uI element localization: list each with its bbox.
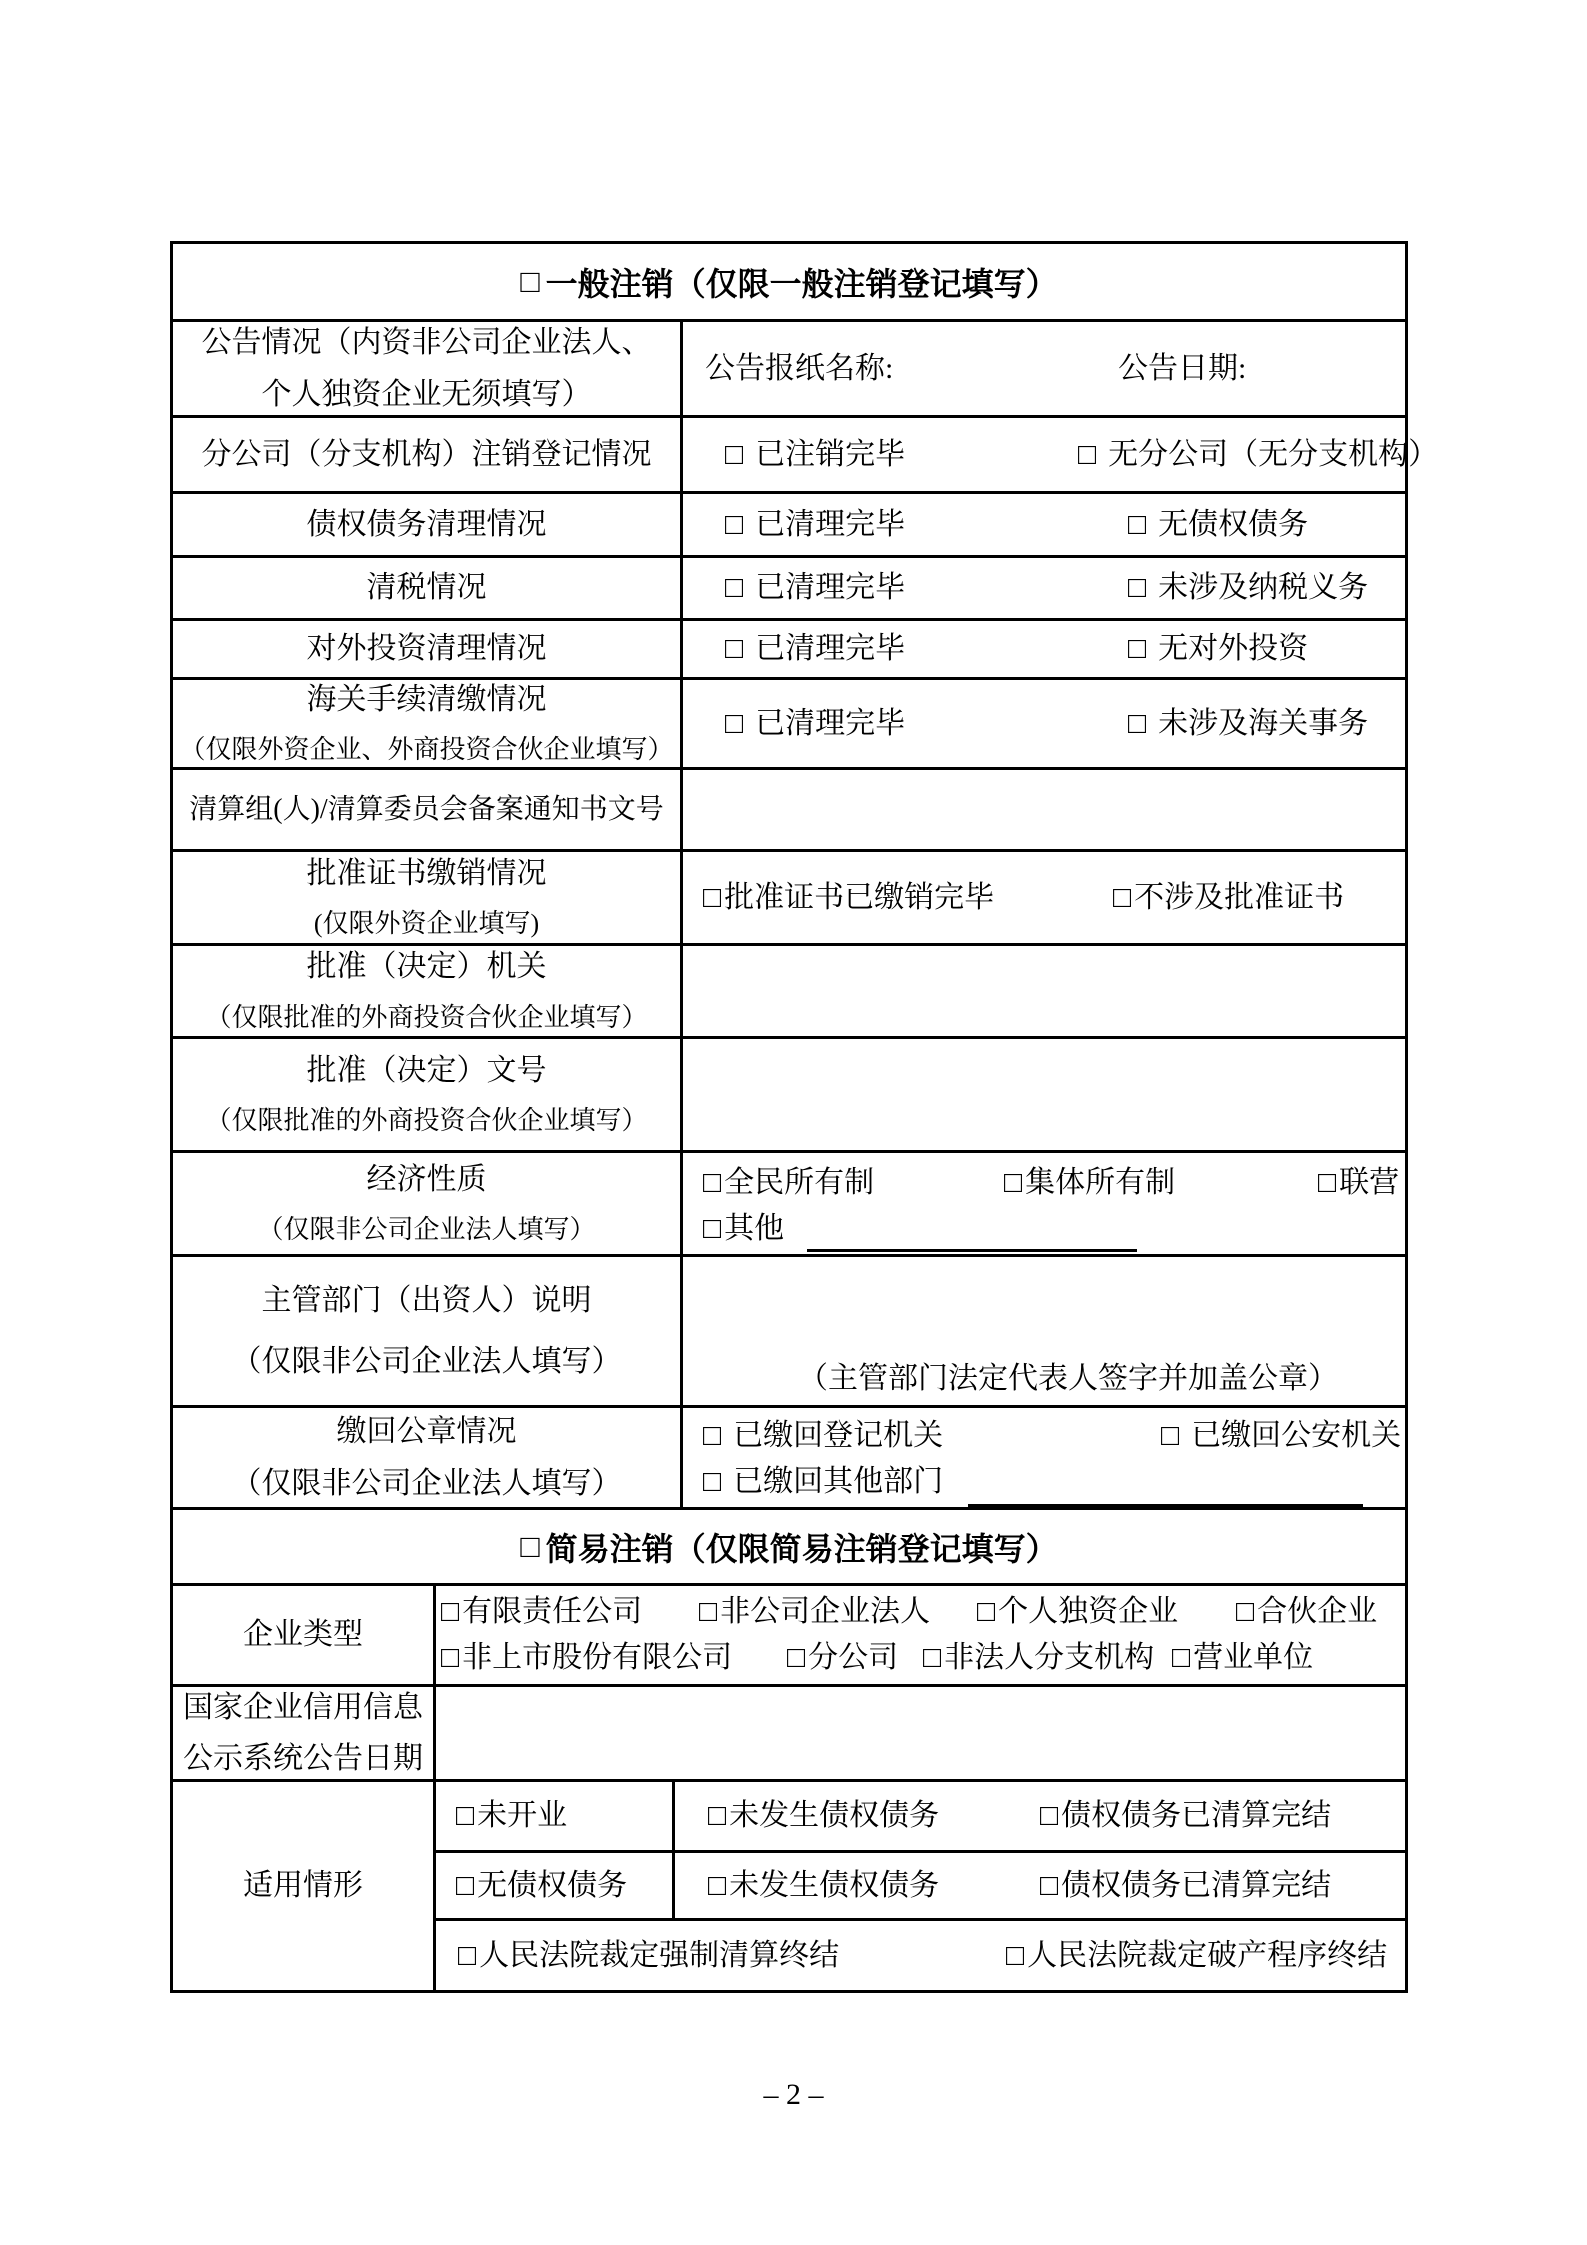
tax-cleared-option: □已清理完毕 — [725, 570, 905, 606]
tax-clearance-row: 清税情况 □已清理完毕 □未涉及纳税义务 — [173, 555, 1405, 618]
publicity-date-row: 国家企业信用信息 公示系统公告日期 — [173, 1684, 1405, 1779]
collective-owned-option: □集体所有制 — [1004, 1165, 1175, 1201]
branch-done-label: 已注销完毕 — [755, 438, 905, 471]
applicable-circumstances-row: 适用情形 □未开业 □未发生债权债务 □债权债务已清算完结 □无债权债务 □未发… — [173, 1779, 1405, 1990]
seal-returned-registry-label: 已缴回登记机关 — [733, 1419, 943, 1452]
joint-operation-label: 联营 — [1339, 1166, 1399, 1199]
unlisted-jsc-option: □非上市股份有限公司 — [441, 1640, 732, 1676]
deregistration-form-table: □ 一般注销（仅限一般注销登记填写） 公告情况（内资非公司企业法人、 个人独资企… — [170, 241, 1408, 1993]
business-unit-option: □营业单位 — [1172, 1640, 1313, 1676]
seal-returned-other-label: 已缴回其他部门 — [733, 1465, 943, 1498]
approval-number-label-line2: （仅限批准的外商投资合伙企业填写） — [205, 1105, 647, 1138]
outbound-investment-label-text: 对外投资清理情况 — [307, 630, 547, 668]
announcement-date-field-label[interactable]: 公告日期: — [1118, 351, 1246, 387]
court-liquidation-checkbox-icon[interactable]: □ — [458, 1938, 476, 1974]
outbound-investment-row: 对外投资清理情况 □已清理完毕 □无对外投资 — [173, 618, 1405, 677]
enterprise-type-label-text: 企业类型 — [243, 1616, 363, 1654]
approval-certificate-label-line1: 批准证书缴销情况 — [307, 855, 547, 893]
no-investment-label: 无对外投资 — [1158, 632, 1308, 665]
applicable-subrow-2-cell-1: □无债权债务 — [436, 1853, 675, 1918]
debt-settled-checkbox-icon-1[interactable]: □ — [1040, 1798, 1058, 1834]
supervisor-statement-row: 主管部门（出资人）说明 （仅限非公司企业法人填写） （主管部门法定代表人签字并加… — [173, 1254, 1405, 1405]
seal-returned-registry-option: □已缴回登记机关 — [703, 1418, 943, 1454]
customs-clearance-label-line2: （仅限外资企业、外商投资合伙企业填写） — [179, 734, 673, 767]
other-nature-option: □其他 — [703, 1211, 784, 1247]
approval-authority-input-area[interactable] — [683, 946, 1405, 1036]
state-owned-option: □全民所有制 — [703, 1165, 874, 1201]
partnership-label: 合伙企业 — [1257, 1595, 1377, 1628]
debt-settlement-row: 债权债务清理情况 □已清理完毕 □无债权债务 — [173, 491, 1405, 555]
branch-deregistration-label: 分公司（分支机构）注销登记情况 — [173, 418, 683, 491]
tax-clearance-label: 清税情况 — [173, 558, 683, 618]
liquidation-notice-label: 清算组(人)/清算委员会备案通知书文号 — [173, 770, 683, 849]
economic-nature-label-line2: （仅限非公司企业法人填写） — [257, 1214, 595, 1247]
economic-nature-row: 经济性质 （仅限非公司企业法人填写） □全民所有制 □集体所有制 □联营 □其他 — [173, 1150, 1405, 1254]
branch-company-checkbox-icon[interactable]: □ — [787, 1640, 805, 1676]
customs-clearance-content: □已清理完毕 □未涉及海关事务 — [683, 680, 1405, 767]
customs-cleared-label: 已清理完毕 — [755, 707, 905, 740]
llc-checkbox-icon[interactable]: □ — [441, 1594, 459, 1630]
no-customs-label: 未涉及海关事务 — [1158, 707, 1368, 740]
collective-owned-label: 集体所有制 — [1025, 1166, 1175, 1199]
investment-cleared-checkbox-icon[interactable]: □ — [725, 631, 743, 667]
approval-certificate-content: □批准证书已缴销完毕 □不涉及批准证书 — [683, 852, 1405, 943]
other-nature-checkbox-icon[interactable]: □ — [703, 1211, 721, 1247]
customs-cleared-option: □已清理完毕 — [725, 706, 905, 742]
no-branch-checkbox-icon[interactable]: □ — [1078, 437, 1096, 473]
no-tax-obligation-label: 未涉及纳税义务 — [1158, 571, 1368, 604]
non-company-legal-person-label: 非公司企业法人 — [720, 1595, 930, 1628]
llc-label: 有限责任公司 — [462, 1595, 642, 1628]
no-debt-incurred-label-1: 未发生债权债务 — [729, 1799, 939, 1832]
newspaper-name-field-label[interactable]: 公告报纸名称: — [705, 351, 893, 387]
applicable-subrow-3: □人民法院裁定强制清算终结 □人民法院裁定破产程序终结 — [436, 1918, 1405, 1990]
certificate-cancelled-option: □批准证书已缴销完毕 — [703, 880, 994, 916]
announcement-label-line2: 个人独资企业无须填写） — [262, 376, 592, 414]
branch-deregistration-row: 分公司（分支机构）注销登记情况 □已注销完毕 □无分公司（无分支机构） — [173, 415, 1405, 491]
general-deregistration-title: 一般注销（仅限一般注销登记填写） — [546, 259, 1058, 305]
economic-nature-label-line1: 经济性质 — [367, 1161, 487, 1199]
seal-returned-police-option: □已缴回公安机关 — [1161, 1418, 1401, 1454]
customs-clearance-label: 海关手续清缴情况 （仅限外资企业、外商投资合伙企业填写） — [173, 680, 683, 767]
no-debt-label: 无债权债务 — [1158, 508, 1308, 541]
no-tax-obligation-checkbox-icon[interactable]: □ — [1128, 570, 1146, 606]
tax-clearance-content: □已清理完毕 □未涉及纳税义务 — [683, 558, 1405, 618]
no-customs-option: □未涉及海关事务 — [1128, 706, 1368, 742]
no-branch-label: 无分公司（无分支机构） — [1108, 438, 1438, 471]
investment-cleared-option: □已清理完毕 — [725, 631, 905, 667]
approval-number-input-area[interactable] — [683, 1039, 1405, 1150]
approval-authority-label-line1: 批准（决定）机关 — [307, 948, 547, 986]
publicity-date-label: 国家企业信用信息 公示系统公告日期 — [173, 1687, 436, 1779]
debt-cleared-label: 已清理完毕 — [755, 508, 905, 541]
sole-proprietorship-option: □个人独资企业 — [977, 1594, 1178, 1630]
announcement-content: 公告报纸名称: 公告日期: — [683, 322, 1405, 415]
certificate-cancelled-checkbox-icon[interactable]: □ — [703, 880, 721, 916]
applicable-circumstances-content: □未开业 □未发生债权债务 □债权债务已清算完结 □无债权债务 □未发生债权债务… — [436, 1782, 1405, 1990]
approval-authority-row: 批准（决定）机关 （仅限批准的外商投资合伙企业填写） — [173, 943, 1405, 1036]
no-tax-obligation-option: □未涉及纳税义务 — [1128, 570, 1368, 606]
tax-cleared-checkbox-icon[interactable]: □ — [725, 570, 743, 606]
enterprise-type-label: 企业类型 — [173, 1586, 436, 1684]
no-debt-incurred-label-2: 未发生债权债务 — [729, 1869, 939, 1902]
sole-proprietorship-checkbox-icon[interactable]: □ — [977, 1594, 995, 1630]
applicable-circumstances-label-text: 适用情形 — [243, 1867, 363, 1905]
no-certificate-checkbox-icon[interactable]: □ — [1113, 880, 1131, 916]
partnership-checkbox-icon[interactable]: □ — [1236, 1594, 1254, 1630]
enterprise-type-content: □有限责任公司 □非公司企业法人 □个人独资企业 □合伙企业 □非上市股份有限公… — [436, 1586, 1405, 1684]
court-bankruptcy-label: 人民法院裁定破产程序终结 — [1027, 1939, 1387, 1972]
no-customs-checkbox-icon[interactable]: □ — [1128, 706, 1146, 742]
approval-number-row: 批准（决定）文号 （仅限批准的外商投资合伙企业填写） — [173, 1036, 1405, 1150]
enterprise-type-row: 企业类型 □有限责任公司 □非公司企业法人 □个人独资企业 □合伙企业 □非上市… — [173, 1583, 1405, 1684]
no-debt-checkbox-icon[interactable]: □ — [1128, 507, 1146, 543]
court-liquidation-option: □人民法院裁定强制清算终结 — [458, 1938, 839, 1974]
approval-certificate-row: 批准证书缴销情况 (仅限外资企业填写) □批准证书已缴销完毕 □不涉及批准证书 — [173, 849, 1405, 943]
tax-clearance-label-text: 清税情况 — [367, 569, 487, 607]
seal-return-label-line1: 缴回公章情况 — [337, 1413, 517, 1451]
announcement-label: 公告情况（内资非公司企业法人、 个人独资企业无须填写） — [173, 322, 683, 415]
applicable-subrow-1-cell-2: □未发生债权债务 □债权债务已清算完结 — [675, 1782, 1405, 1850]
applicable-subrow-2-cell-2: □未发生债权债务 □债权债务已清算完结 — [675, 1853, 1405, 1918]
debt-settled-checkbox-icon-2[interactable]: □ — [1040, 1868, 1058, 1904]
no-investment-option: □无对外投资 — [1128, 631, 1308, 667]
no-debt-option-2: □无债权债务 — [456, 1868, 627, 1904]
branch-company-label: 分公司 — [808, 1641, 898, 1674]
seal-returned-registry-checkbox-icon[interactable]: □ — [703, 1418, 721, 1454]
non-legal-person-branch-label: 非法人分支机构 — [944, 1641, 1154, 1674]
debt-cleared-checkbox-icon[interactable]: □ — [725, 507, 743, 543]
no-debt-option: □无债权债务 — [1128, 507, 1308, 543]
state-owned-checkbox-icon[interactable]: □ — [703, 1165, 721, 1201]
seal-return-row: 缴回公章情况 （仅限非公司企业法人填写） □已缴回登记机关 □已缴回公安机关 □… — [173, 1405, 1405, 1507]
outbound-investment-label: 对外投资清理情况 — [173, 621, 683, 677]
simple-deregistration-header: □ 简易注销（仅限简易注销登记填写） — [173, 1507, 1405, 1583]
approval-authority-label-line2: （仅限批准的外商投资合伙企业填写） — [205, 1002, 647, 1035]
branch-company-option: □分公司 — [787, 1640, 898, 1676]
branch-deregistration-content: □已注销完毕 □无分公司（无分支机构） — [683, 418, 1405, 491]
economic-nature-label: 经济性质 （仅限非公司企业法人填写） — [173, 1153, 683, 1254]
branch-done-option: □已注销完毕 — [725, 437, 905, 473]
investment-cleared-label: 已清理完毕 — [755, 632, 905, 665]
general-deregistration-checkbox-icon[interactable]: □ — [520, 263, 539, 300]
customs-clearance-row: 海关手续清缴情况 （仅限外资企业、外商投资合伙企业填写） □已清理完毕 □未涉及… — [173, 677, 1405, 767]
general-deregistration-header: □ 一般注销（仅限一般注销登记填写） — [173, 244, 1405, 319]
seal-returned-other-option: □已缴回其他部门 — [703, 1464, 943, 1500]
no-certificate-option: □不涉及批准证书 — [1113, 880, 1344, 916]
branch-deregistration-label-text: 分公司（分支机构）注销登记情况 — [202, 436, 652, 474]
debt-settled-option-2: □债权债务已清算完结 — [1040, 1868, 1331, 1904]
approval-certificate-label-line2: (仅限外资企业填写) — [314, 908, 539, 941]
no-certificate-label: 不涉及批准证书 — [1134, 881, 1344, 914]
debt-settled-label-2: 债权债务已清算完结 — [1061, 1869, 1331, 1902]
applicable-subrow-2: □无债权债务 □未发生债权债务 □债权债务已清算完结 — [436, 1850, 1405, 1918]
business-unit-label: 营业单位 — [1193, 1641, 1313, 1674]
seal-return-content: □已缴回登记机关 □已缴回公安机关 □已缴回其他部门 — [683, 1408, 1405, 1507]
no-debt-label-2: 无债权债务 — [477, 1869, 627, 1902]
partnership-option: □合伙企业 — [1236, 1594, 1377, 1630]
no-debt-incurred-checkbox-icon-1[interactable]: □ — [708, 1798, 726, 1834]
debt-settlement-label-text: 债权债务清理情况 — [307, 506, 547, 544]
supervisor-statement-label-line2: （仅限非公司企业法人填写） — [232, 1343, 622, 1381]
non-legal-person-branch-checkbox-icon[interactable]: □ — [923, 1640, 941, 1676]
not-opened-label: 未开业 — [477, 1799, 567, 1832]
unlisted-jsc-label: 非上市股份有限公司 — [462, 1641, 732, 1674]
approval-authority-label: 批准（决定）机关 （仅限批准的外商投资合伙企业填写） — [173, 946, 683, 1036]
joint-operation-option: □联营 — [1318, 1165, 1399, 1201]
no-debt-checkbox-icon-2[interactable]: □ — [456, 1868, 474, 1904]
business-unit-checkbox-icon[interactable]: □ — [1172, 1640, 1190, 1676]
debt-settlement-content: □已清理完毕 □无债权债务 — [683, 494, 1405, 555]
non-company-legal-person-option: □非公司企业法人 — [699, 1594, 930, 1630]
collective-owned-checkbox-icon[interactable]: □ — [1004, 1165, 1022, 1201]
publicity-date-input-area[interactable] — [436, 1687, 1405, 1779]
unlisted-jsc-checkbox-icon[interactable]: □ — [441, 1640, 459, 1676]
publicity-date-label-line2: 公示系统公告日期 — [183, 1740, 423, 1778]
joint-operation-checkbox-icon[interactable]: □ — [1318, 1165, 1336, 1201]
court-liquidation-label: 人民法院裁定强制清算终结 — [479, 1939, 839, 1972]
non-legal-person-branch-option: □非法人分支机构 — [923, 1640, 1154, 1676]
applicable-subrow-1: □未开业 □未发生债权债务 □债权债务已清算完结 — [436, 1782, 1405, 1850]
liquidation-notice-input-area[interactable] — [683, 770, 1405, 849]
tax-cleared-label: 已清理完毕 — [755, 571, 905, 604]
not-opened-option: □未开业 — [456, 1798, 567, 1834]
customs-cleared-checkbox-icon[interactable]: □ — [725, 706, 743, 742]
approval-number-label-line1: 批准（决定）文号 — [307, 1052, 547, 1090]
other-nature-fill-line[interactable] — [807, 1209, 1137, 1252]
debt-settled-label-1: 债权债务已清算完结 — [1061, 1799, 1331, 1832]
announcement-row: 公告情况（内资非公司企业法人、 个人独资企业无须填写） 公告报纸名称: 公告日期… — [173, 319, 1405, 415]
no-debt-incurred-checkbox-icon-2[interactable]: □ — [708, 1868, 726, 1904]
other-nature-label: 其他 — [724, 1212, 784, 1245]
outbound-investment-content: □已清理完毕 □无对外投资 — [683, 621, 1405, 677]
supervisor-statement-input-area[interactable]: （主管部门法定代表人签字并加盖公章） — [683, 1257, 1405, 1405]
applicable-circumstances-label: 适用情形 — [173, 1782, 436, 1990]
supervisor-statement-label-line1: 主管部门（出资人）说明 — [262, 1282, 592, 1320]
sole-proprietorship-label: 个人独资企业 — [998, 1595, 1178, 1628]
no-debt-incurred-option-1: □未发生债权债务 — [708, 1798, 939, 1834]
seal-returned-police-checkbox-icon[interactable]: □ — [1161, 1418, 1179, 1454]
approval-number-label: 批准（决定）文号 （仅限批准的外商投资合伙企业填写） — [173, 1039, 683, 1150]
not-opened-checkbox-icon[interactable]: □ — [456, 1798, 474, 1834]
announcement-label-line1: 公告情况（内资非公司企业法人、 — [202, 324, 652, 362]
debt-settlement-label: 债权债务清理情况 — [173, 494, 683, 555]
no-branch-option: □无分公司（无分支机构） — [1078, 437, 1438, 473]
court-bankruptcy-option: □人民法院裁定破产程序终结 — [1006, 1938, 1387, 1974]
publicity-date-label-line1: 国家企业信用信息 — [183, 1689, 423, 1727]
court-bankruptcy-checkbox-icon[interactable]: □ — [1006, 1938, 1024, 1974]
seal-returned-other-fill-line[interactable] — [968, 1462, 1363, 1507]
applicable-subrow-3-cell: □人民法院裁定强制清算终结 □人民法院裁定破产程序终结 — [436, 1921, 1405, 1990]
applicable-subrow-1-cell-1: □未开业 — [436, 1782, 675, 1850]
no-debt-incurred-option-2: □未发生债权债务 — [708, 1868, 939, 1904]
debt-cleared-option: □已清理完毕 — [725, 507, 905, 543]
debt-settled-option-1: □债权债务已清算完结 — [1040, 1798, 1331, 1834]
seal-return-label: 缴回公章情况 （仅限非公司企业法人填写） — [173, 1408, 683, 1507]
seal-returned-other-checkbox-icon[interactable]: □ — [703, 1464, 721, 1500]
liquidation-notice-row: 清算组(人)/清算委员会备案通知书文号 — [173, 767, 1405, 849]
seal-returned-police-label: 已缴回公安机关 — [1191, 1419, 1401, 1452]
llc-option: □有限责任公司 — [441, 1594, 642, 1630]
supervisor-statement-label: 主管部门（出资人）说明 （仅限非公司企业法人填写） — [173, 1257, 683, 1405]
approval-certificate-label: 批准证书缴销情况 (仅限外资企业填写) — [173, 852, 683, 943]
economic-nature-content: □全民所有制 □集体所有制 □联营 □其他 — [683, 1153, 1405, 1254]
simple-deregistration-checkbox-icon[interactable]: □ — [520, 1528, 539, 1565]
supervisor-signature-note: （主管部门法定代表人签字并加盖公章） — [798, 1361, 1338, 1397]
branch-done-checkbox-icon[interactable]: □ — [725, 437, 743, 473]
certificate-cancelled-label: 批准证书已缴销完毕 — [724, 881, 994, 914]
simple-deregistration-title: 简易注销（仅限简易注销登记填写） — [546, 1524, 1058, 1570]
seal-return-label-line2: （仅限非公司企业法人填写） — [232, 1465, 622, 1503]
non-company-legal-person-checkbox-icon[interactable]: □ — [699, 1594, 717, 1630]
customs-clearance-label-line1: 海关手续清缴情况 — [307, 681, 547, 719]
state-owned-label: 全民所有制 — [724, 1166, 874, 1199]
no-investment-checkbox-icon[interactable]: □ — [1128, 631, 1146, 667]
page-number: – 2 – — [0, 2078, 1587, 2112]
liquidation-notice-label-text: 清算组(人)/清算委员会备案通知书文号 — [189, 792, 663, 827]
